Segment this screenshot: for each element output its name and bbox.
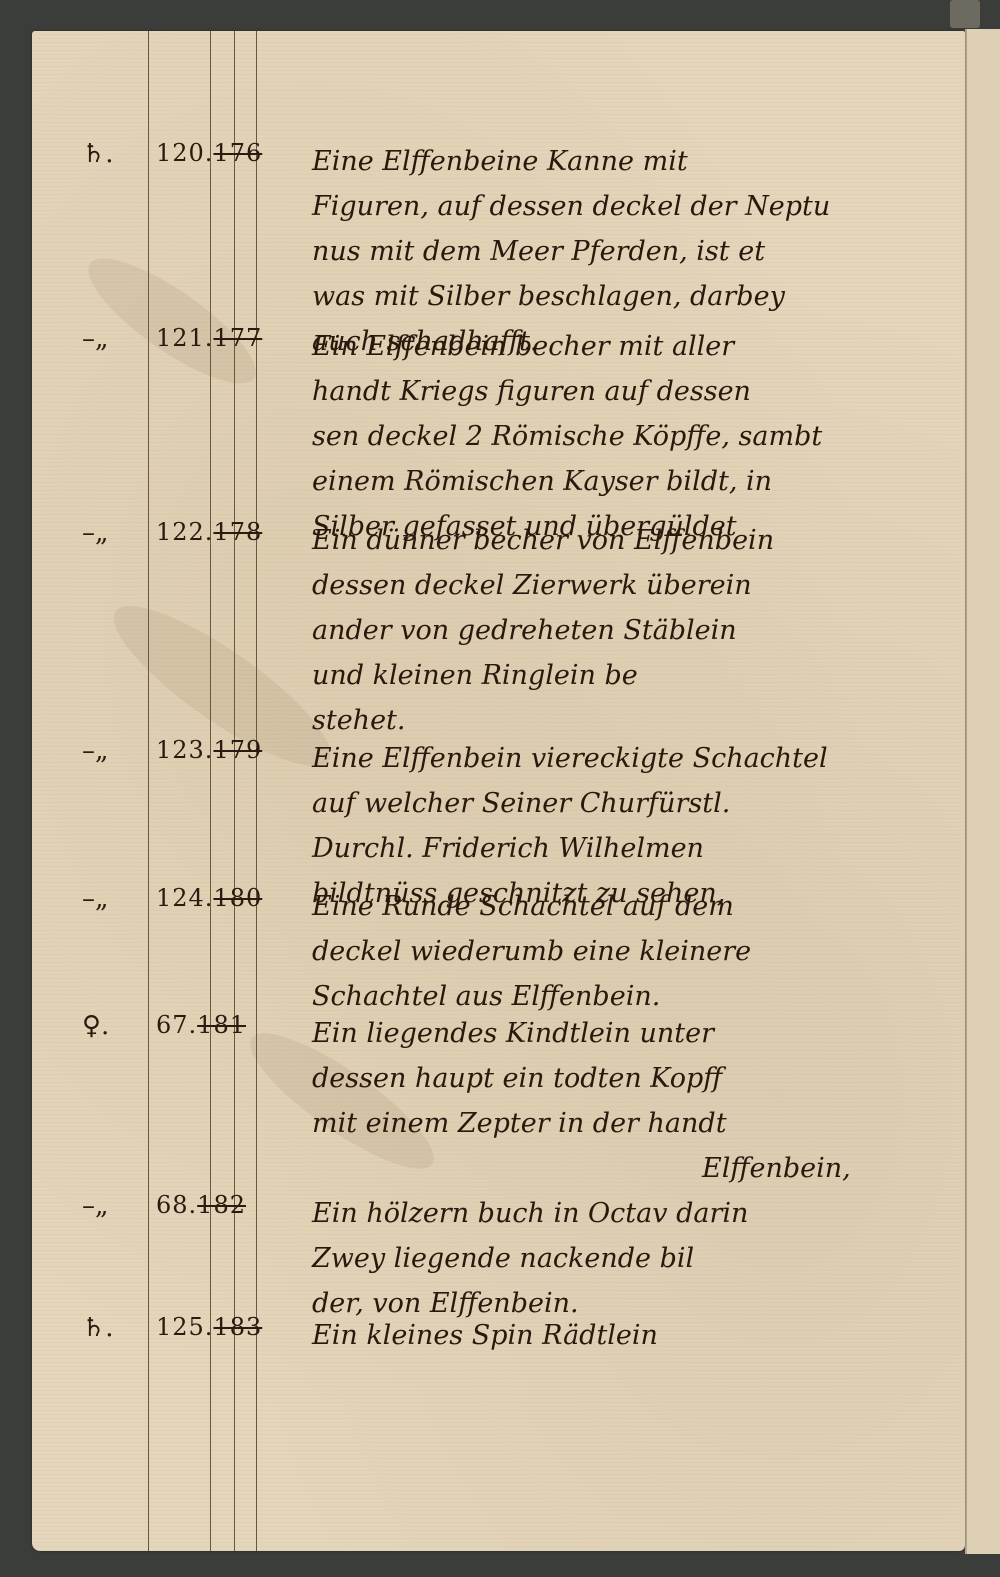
old-number: 181 — [197, 1011, 246, 1039]
old-number: 180 — [213, 884, 262, 912]
entry-text: Eine Runde Schachtel auf dem deckel wied… — [312, 884, 952, 1019]
entry-number: 124.180 — [156, 884, 296, 912]
entry-number: 125.183 — [156, 1313, 296, 1341]
entry-marker: ♄. — [82, 1313, 142, 1343]
old-number: 177 — [213, 324, 262, 352]
old-number: 176 — [213, 139, 262, 167]
entry-marker: –„ — [82, 324, 142, 354]
ruled-line — [148, 31, 149, 1551]
entry-text: Ein liegendes Kindtlein unter dessen hau… — [312, 1011, 952, 1191]
entry-number: 120.176 — [156, 139, 296, 167]
entry-text: Ein hölzern buch in Octav darin Zwey lie… — [312, 1191, 952, 1326]
entry-number: 67.181 — [156, 1011, 296, 1039]
old-number: 183 — [213, 1313, 262, 1341]
entry-number: 68.182 — [156, 1191, 296, 1219]
entry-marker: –„ — [82, 1191, 142, 1221]
entry-number: 123.179 — [156, 736, 296, 764]
entry-number: 122.178 — [156, 518, 296, 546]
binding-tab — [950, 0, 980, 28]
adjacent-page-edge — [965, 29, 1000, 1554]
manuscript-page: ♄. 120.176 Eine Elffenbeine Kanne mit Fi… — [32, 31, 965, 1551]
entry-text: Ein kleines Spin Rädtlein — [312, 1313, 952, 1358]
entry-marker: –„ — [82, 736, 142, 766]
entry-marker: –„ — [82, 884, 142, 914]
entry-text: Ein dünner becher von Elffenbein dessen … — [312, 518, 952, 743]
entry-marker: –„ — [82, 518, 142, 548]
entry-number: 121.177 — [156, 324, 296, 352]
entry-marker: ♀. — [82, 1011, 142, 1041]
old-number: 179 — [213, 736, 262, 764]
old-number: 178 — [213, 518, 262, 546]
old-number: 182 — [197, 1191, 246, 1219]
entry-marker: ♄. — [82, 139, 142, 169]
entry-text: Ein Elffenbein becher mit aller handt Kr… — [312, 324, 952, 549]
ink-bleed — [73, 239, 271, 403]
